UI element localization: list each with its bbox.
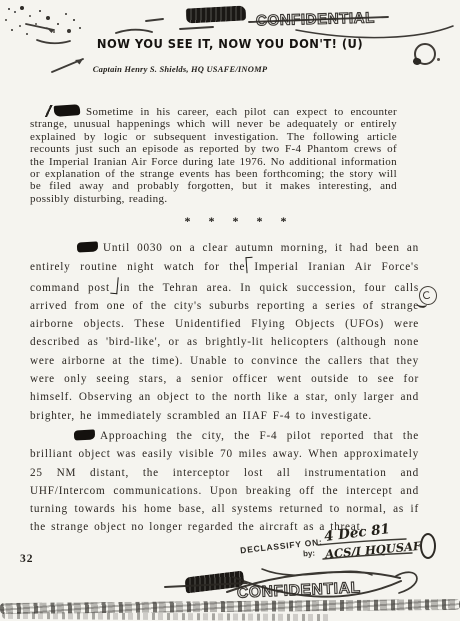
classification-stamp-top: CONFIDENTIAL [256,9,375,29]
redaction-mark [77,241,98,252]
scan-speckles [8,8,10,10]
indent-spacer [30,114,43,115]
page-number: 32 [20,553,34,565]
document-page: CONFIDENTIAL NOW YOU SEE IT, NOW YOU DON… [0,0,460,621]
pen-slash-mark [43,105,54,117]
redaction-mark [54,104,81,117]
scan-noise-band [2,612,332,621]
declassify-by-label: by: [303,549,316,559]
paragraph-1-text: Sometime in his career, each pilot can e… [30,106,397,205]
pen-bracket-open-mark [246,257,254,273]
article-byline: Captain Henry S. Shields, HQ USAFE/INOMP [60,64,300,74]
paragraph-1: Sometime in his career, each pilot can e… [30,105,397,205]
ink-dot [437,58,440,61]
redaction-mark [186,5,247,23]
circular-stamp-icon [414,43,436,65]
paragraph-3-text: Approaching the city, the F-4 pilot repo… [30,430,419,533]
circular-stamp-icon [418,285,438,306]
paragraph-3: Approaching the city, the F-4 pilot repo… [30,427,419,537]
indent-spacer [30,250,77,251]
redaction-mark [74,429,95,440]
article-title: NOW YOU SEE IT, NOW YOU DON'T! (U) [51,36,410,51]
paragraph-2: Until 0030 on a clear autumn morning, it… [30,239,419,425]
oval-stamp-icon [420,533,436,559]
redaction-mark [184,570,245,593]
asterisk-separator: * * * * * [12,214,460,229]
pen-bracket-close-mark [110,276,118,294]
indent-spacer [30,438,74,439]
paragraph-2-text-post: in the Tehran area. In quick succession,… [30,282,419,422]
